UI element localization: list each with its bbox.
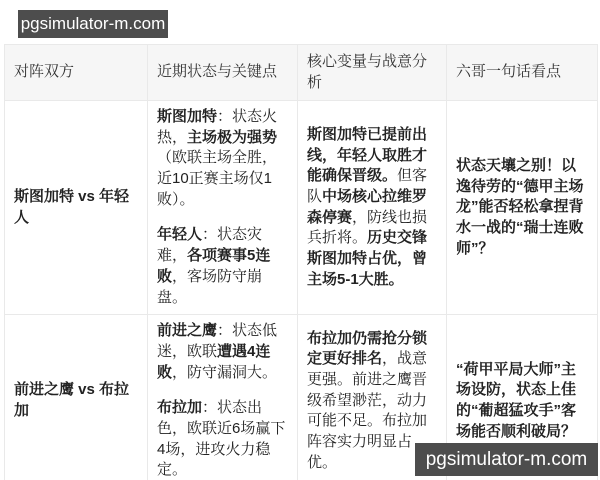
match-analysis-table: 对阵双方 近期状态与关键点 核心变量与战意分析 六哥一句话看点 斯图加特 vs …: [4, 44, 598, 480]
paragraph: 状态天壤之别！以逸待劳的“德甲主场龙”能否轻松拿捏背水一战的“瑞士连败师”？: [456, 156, 588, 259]
highlight-cell: 状态天壤之别！以逸待劳的“德甲主场龙”能否轻松拿捏背水一战的“瑞士连败师”？: [447, 101, 598, 315]
col-header-core-analysis: 核心变量与战意分析: [298, 45, 447, 101]
table-row-stuttgart-youngboys: 斯图加特 vs 年轻人 斯图加特：状态火热，主场极为强势（欧联主场全胜，近10正…: [5, 101, 598, 315]
paragraph: 年轻人：状态灾难，各项赛事5连败，客场防守崩盘。: [157, 225, 288, 308]
matchup-cell: 斯图加特 vs 年轻人: [5, 101, 148, 315]
col-header-matchup: 对阵双方: [5, 45, 148, 101]
matchup-cell: 前进之鹰 vs 布拉加: [5, 315, 148, 480]
paragraph: “荷甲平局大师”主场设防，状态上佳的“葡超猛攻手”客场能否顺利破局？: [456, 360, 588, 443]
watermark-top: pgsimulator-m.com: [18, 10, 168, 38]
paragraph: 前进之鹰：状态低迷，欧联遭遇4连败，防守漏洞大。: [157, 321, 288, 383]
paragraph: 斯图加特已提前出线，年轻人取胜才能确保晋级。但客队中场核心拉维罗森停赛，防线也损…: [307, 125, 437, 291]
core-analysis-cell: 斯图加特已提前出线，年轻人取胜才能确保晋级。但客队中场核心拉维罗森停赛，防线也损…: [298, 101, 447, 315]
header-row: 对阵双方 近期状态与关键点 核心变量与战意分析 六哥一句话看点: [5, 45, 598, 101]
col-header-recent-status: 近期状态与关键点: [148, 45, 298, 101]
recent-status-cell: 斯图加特：状态火热，主场极为强势（欧联主场全胜，近10正赛主场仅1败）。年轻人：…: [148, 101, 298, 315]
paragraph: 斯图加特：状态火热，主场极为强势（欧联主场全胜，近10正赛主场仅1败）。: [157, 107, 288, 210]
paragraph: 布拉加：状态出色，欧联近6场赢下4场，进攻火力稳定。: [157, 398, 288, 480]
watermark-bottom: pgsimulator-m.com: [415, 443, 598, 476]
page: { "colors": { "wm-bg": "#4d4d4d", "wm-fg…: [0, 0, 600, 480]
col-header-highlight: 六哥一句话看点: [447, 45, 598, 101]
recent-status-cell: 前进之鹰：状态低迷，欧联遭遇4连败，防守漏洞大。布拉加：状态出色，欧联近6场赢下…: [148, 315, 298, 480]
